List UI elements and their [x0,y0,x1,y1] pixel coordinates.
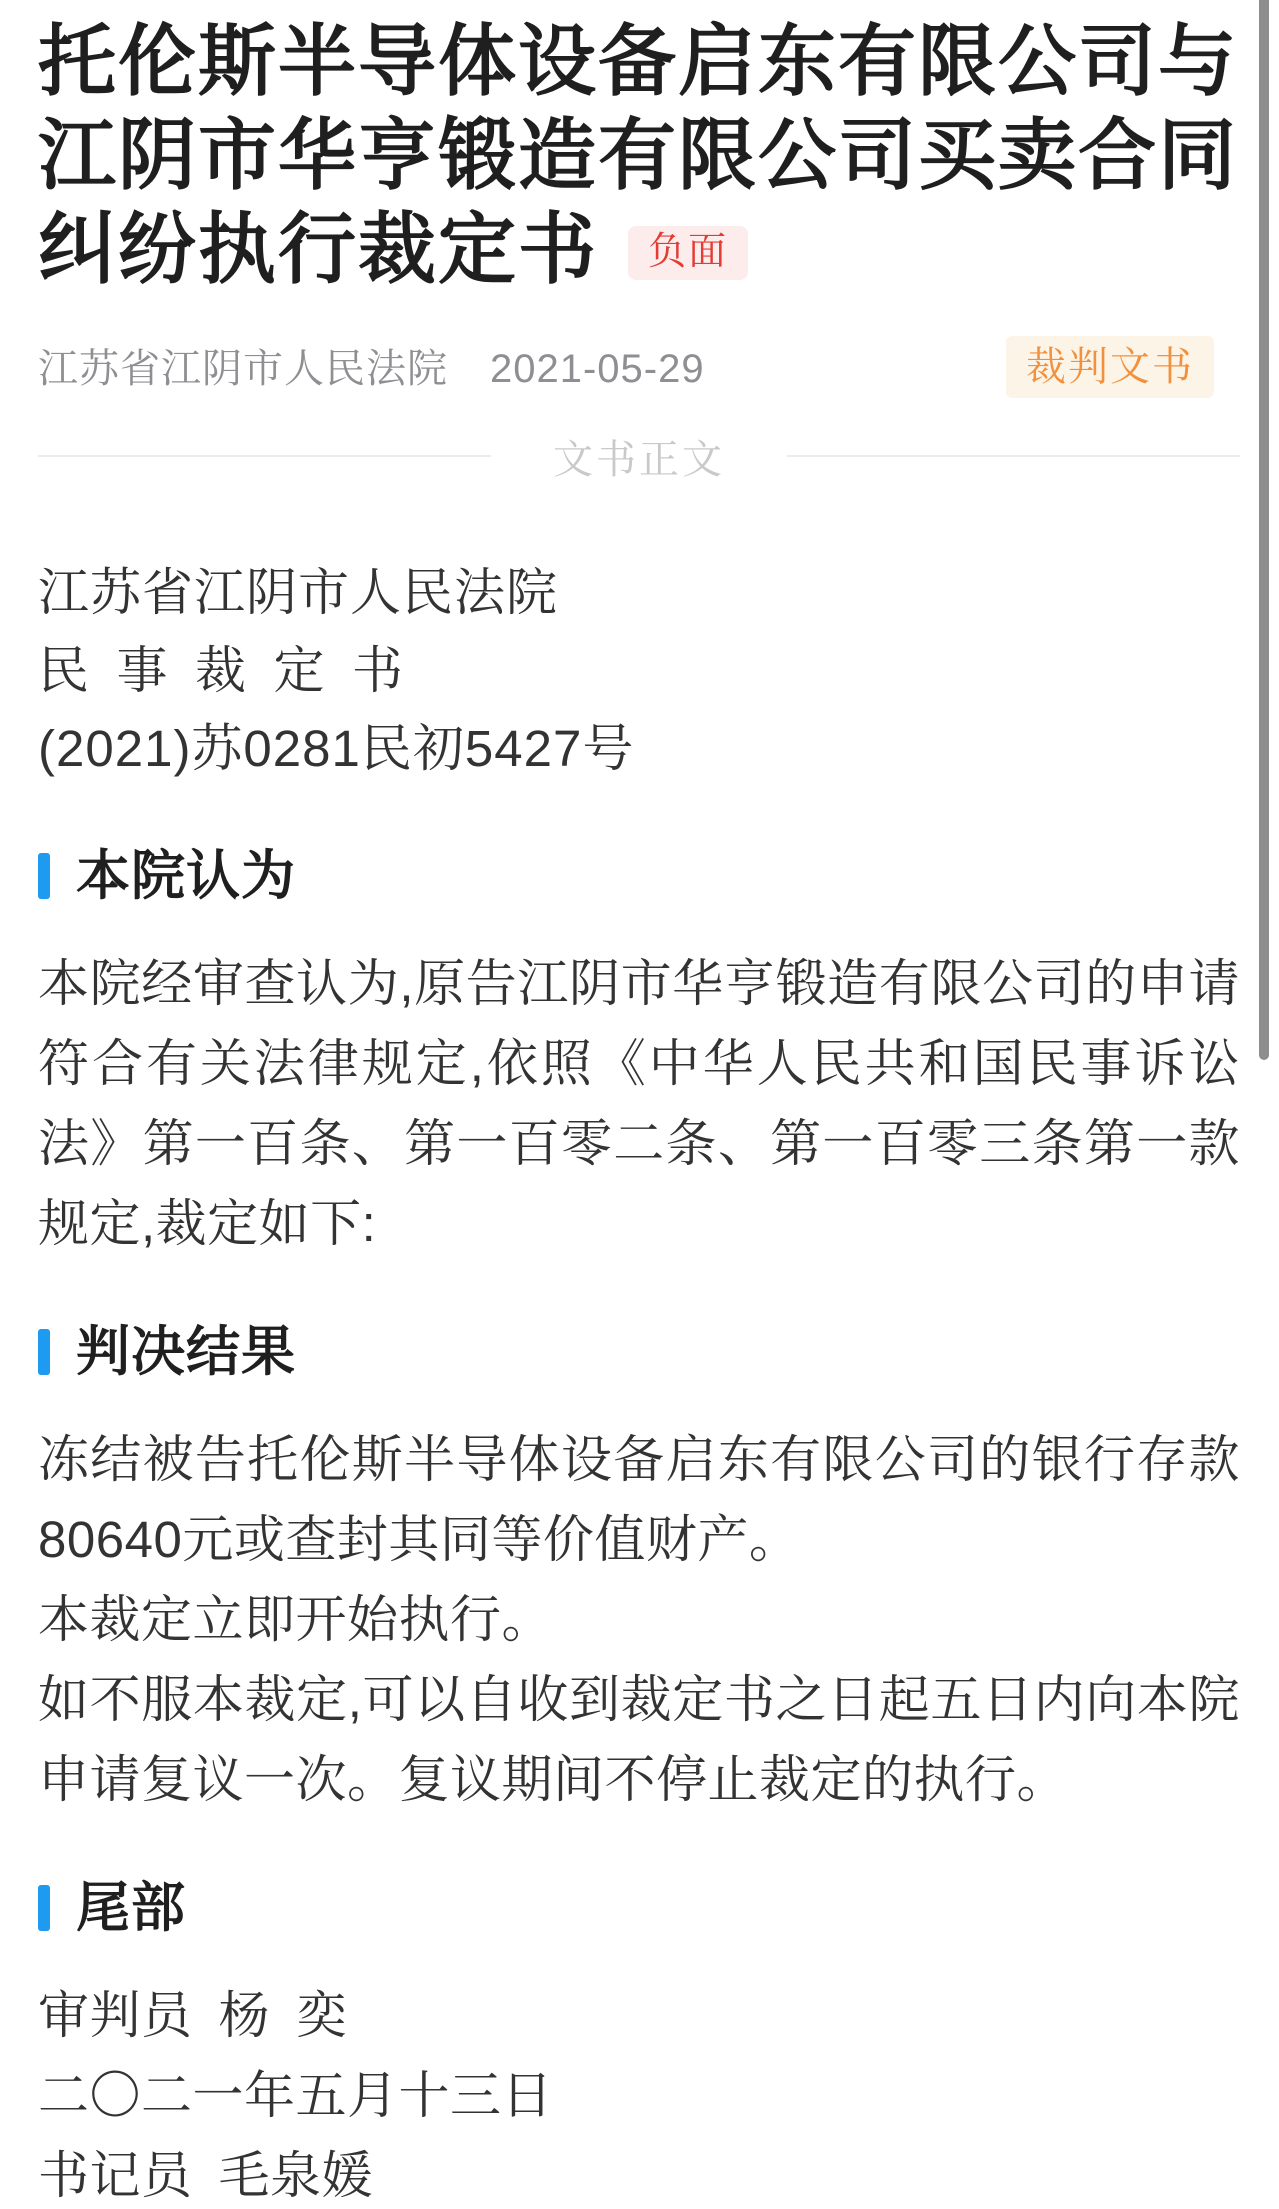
section-accent-bar [38,1329,50,1375]
date-line: 二〇二一年五月十三日 [38,2056,1240,2136]
section-judgment-result: 判决结果 冻结被告托伦斯半导体设备启东有限公司的银行存款80640元或查封其同等… [38,1320,1240,1820]
doc-case-number: (2021)苏0281民初5427号 [38,710,1240,788]
section-footer: 尾部 审判员 杨 奕 二〇二一年五月十三日 书记员 毛泉媛 [38,1876,1240,2209]
title-line-1: 托伦斯半导体设备启东有限公司与 [38,14,1240,108]
section-content: 本院经审查认为,原告江阴市华亨锻造有限公司的申请符合有关法律规定,依照《中华人民… [38,944,1240,1264]
doc-court-line: 江苏省江阴市人民法院 [38,554,1240,632]
scrollbar-thumb[interactable] [1259,0,1269,1060]
divider-label: 文书正文 [491,428,787,485]
section-heading: 尾部 [38,1876,1240,1940]
paragraph: 本裁定立即开始执行。 [38,1580,1240,1660]
meta-row: 江苏省江阴市人民法院2021-05-29 裁判文书 [38,340,1240,398]
title-line-2: 江阴市华亨锻造有限公司买卖合同 [38,108,1240,202]
section-content: 冻结被告托伦斯半导体设备启东有限公司的银行存款80640元或查封其同等价值财产。… [38,1420,1240,1820]
section-heading-text: 尾部 [76,1876,186,1940]
paragraph: 如不服本裁定,可以自收到裁定书之日起五日内向本院申请复议一次。复议期间不停止裁定… [38,1660,1240,1820]
section-accent-bar [38,1885,50,1931]
section-heading: 本院认为 [38,844,1240,908]
paragraph: 本院经审查认为,原告江阴市华亨锻造有限公司的申请符合有关法律规定,依照《中华人民… [38,944,1240,1264]
section-court-opinion: 本院认为 本院经审查认为,原告江阴市华亨锻造有限公司的申请符合有关法律规定,依照… [38,844,1240,1264]
section-accent-bar [38,853,50,899]
page-title: 托伦斯半导体设备启东有限公司与 江阴市华亨锻造有限公司买卖合同 纠纷执行裁定书负… [38,14,1240,296]
sentiment-badge[interactable]: 负面 [628,226,748,280]
article-page: 托伦斯半导体设备启东有限公司与 江阴市华亨锻造有限公司买卖合同 纠纷执行裁定书负… [0,0,1279,2209]
section-heading: 判决结果 [38,1320,1240,1384]
title-line-3-text: 纠纷执行裁定书 [38,205,598,293]
section-heading-text: 本院认为 [76,844,296,908]
title-line-3: 纠纷执行裁定书负面 [38,202,1240,296]
paragraph: 冻结被告托伦斯半导体设备启东有限公司的银行存款80640元或查封其同等价值财产。 [38,1420,1240,1580]
judge-line: 审判员 杨 奕 [38,1976,1240,2056]
section-divider: 文书正文 [38,434,1240,478]
court-name: 江苏省江阴市人民法院 [38,347,448,391]
document-body: 江苏省江阴市人民法院 民 事 裁 定 书 (2021)苏0281民初5427号 … [38,554,1240,2209]
clerk-line: 书记员 毛泉媛 [38,2136,1240,2209]
section-heading-text: 判决结果 [76,1320,296,1384]
doc-type-line: 民 事 裁 定 书 [38,632,1240,710]
publish-date: 2021-05-29 [490,347,705,391]
divider-line-right [787,455,1240,457]
section-content: 审判员 杨 奕 二〇二一年五月十三日 书记员 毛泉媛 [38,1976,1240,2209]
divider-line-left [38,455,491,457]
doc-type-badge[interactable]: 裁判文书 [1006,336,1214,398]
